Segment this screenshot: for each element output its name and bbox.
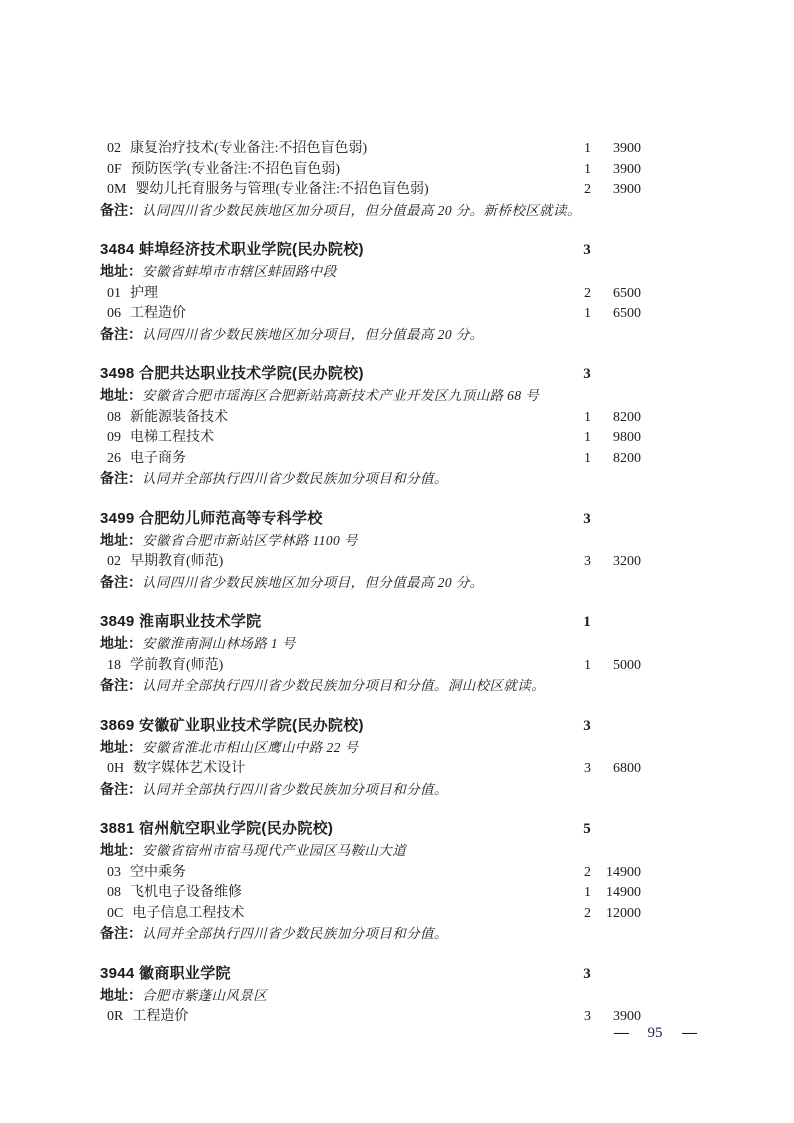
school-section: 3499 合肥幼儿师范高等专科学校 3 地址：安徽省合肥市新站区学林路 1100… — [100, 507, 641, 595]
address-label: 地址： — [100, 534, 142, 549]
major-code: 18 — [107, 656, 121, 677]
school-total-count: 3 — [567, 508, 591, 531]
major-row: 06工程造价 1 6500 — [100, 304, 641, 325]
major-name: 护理 — [130, 286, 158, 301]
major-code: 09 — [107, 428, 121, 449]
major-code: 26 — [107, 449, 121, 470]
remark-text: 认同四川省少数民族地区加分项目，但分值最高 20 分。 — [142, 575, 484, 590]
major-code: 08 — [107, 883, 121, 904]
major-main: 0H数字媒体艺术设计 — [100, 759, 567, 780]
major-code: 0H — [107, 759, 124, 780]
address-label: 地址： — [100, 844, 142, 859]
address-label: 地址： — [100, 265, 142, 280]
major-main: 0C电子信息工程技术 — [100, 904, 567, 925]
major-list: 02早期教育(师范) 3 3200 — [100, 552, 641, 573]
school-header: 3881 宿州航空职业学院(民办院校) 5 — [100, 817, 641, 841]
school-address: 地址：安徽省蚌埠市市辖区蚌固路中段 — [100, 262, 641, 284]
major-name: 学前教育(师范) — [130, 658, 223, 673]
remark-label: 备注： — [100, 679, 142, 694]
remark-label: 备注： — [100, 783, 142, 798]
major-code: 02 — [107, 139, 121, 160]
major-main: 18学前教育(师范) — [100, 656, 567, 677]
major-main: 0M婴幼儿托育服务与管理(专业备注:不招色盲色弱) — [100, 180, 567, 201]
address-text: 安徽省合肥市瑶海区合肥新站高新技术产业开发区九顶山路 68 号 — [142, 388, 539, 403]
document-page: 02康复治疗技术(专业备注:不招色盲色弱) 1 3900 0F预防医学(专业备注… — [0, 0, 794, 1123]
major-tuition-fee: 14900 — [591, 883, 641, 904]
major-plan-count: 1 — [567, 656, 591, 677]
major-code: 0C — [107, 904, 123, 925]
major-tuition-fee: 8200 — [591, 449, 641, 470]
address-text: 合肥市紫蓬山风景区 — [142, 988, 267, 1003]
school-title: 3944 徽商职业学院 — [100, 962, 567, 985]
major-name: 预防医学(专业备注:不招色盲色弱) — [131, 162, 340, 177]
major-plan-count: 3 — [567, 759, 591, 780]
major-name: 电梯工程技术 — [130, 430, 214, 445]
major-name: 电子信息工程技术 — [132, 906, 244, 921]
remark-label: 备注： — [100, 576, 142, 591]
major-code: 03 — [107, 863, 121, 884]
major-main: 26电子商务 — [100, 449, 567, 470]
major-tuition-fee: 6800 — [591, 759, 641, 780]
remark-text: 认同并全部执行四川省少数民族加分项目和分值。 — [142, 782, 448, 797]
major-tuition-fee: 3200 — [591, 552, 641, 573]
major-plan-count: 2 — [567, 284, 591, 305]
major-list: 03空中乘务 2 14900 08飞机电子设备维修 1 14900 0C电子信息… — [100, 863, 641, 925]
major-tuition-fee: 3900 — [591, 160, 641, 181]
major-tuition-fee: 3900 — [591, 180, 641, 201]
major-plan-count: 1 — [567, 428, 591, 449]
major-plan-count: 3 — [567, 552, 591, 573]
remark-label: 备注： — [100, 927, 142, 942]
major-name: 新能源装备技术 — [130, 410, 228, 425]
address-label: 地址： — [100, 989, 142, 1004]
address-label: 地址： — [100, 389, 142, 404]
address-text: 安徽省宿州市宿马现代产业园区马鞍山大道 — [142, 843, 406, 858]
major-name: 数字媒体艺术设计 — [133, 761, 245, 776]
major-code: 02 — [107, 552, 121, 573]
school-address: 地址：安徽省淮北市相山区鹰山中路 22 号 — [100, 738, 641, 760]
address-text: 安徽淮南洞山林场路 1 号 — [142, 636, 296, 651]
major-code: 0F — [107, 160, 122, 181]
school-remark: 备注：认同并全部执行四川省少数民族加分项目和分值。 — [100, 780, 641, 802]
major-row: 0F预防医学(专业备注:不招色盲色弱) 1 3900 — [100, 160, 641, 181]
major-name: 工程造价 — [130, 306, 186, 321]
major-code: 0M — [107, 180, 126, 201]
school-address: 地址：合肥市紫蓬山风景区 — [100, 986, 641, 1008]
school-header: 3499 合肥幼儿师范高等专科学校 3 — [100, 507, 641, 531]
school-title: 3499 合肥幼儿师范高等专科学校 — [100, 507, 567, 530]
major-row: 09电梯工程技术 1 9800 — [100, 428, 641, 449]
school-address: 地址：安徽省宿州市宿马现代产业园区马鞍山大道 — [100, 841, 641, 863]
school-total-count: 3 — [567, 363, 591, 386]
school-remark: 备注：认同四川省少数民族地区加分项目，但分值最高 20 分。新桥校区就读。 — [100, 201, 641, 223]
major-row: 26电子商务 1 8200 — [100, 449, 641, 470]
major-plan-count: 1 — [567, 139, 591, 160]
major-plan-count: 2 — [567, 904, 591, 925]
address-text: 安徽省淮北市相山区鹰山中路 22 号 — [142, 740, 358, 755]
school-remark: 备注：认同并全部执行四川省少数民族加分项目和分值。洞山校区就读。 — [100, 676, 641, 698]
major-plan-count: 2 — [567, 863, 591, 884]
major-row: 08新能源装备技术 1 8200 — [100, 408, 641, 429]
major-name: 电子商务 — [130, 451, 186, 466]
major-list: 0H数字媒体艺术设计 3 6800 — [100, 759, 641, 780]
school-header: 3944 徽商职业学院 3 — [100, 962, 641, 986]
school-section: 02康复治疗技术(专业备注:不招色盲色弱) 1 3900 0F预防医学(专业备注… — [100, 139, 641, 222]
major-tuition-fee: 3900 — [591, 139, 641, 160]
major-name: 空中乘务 — [130, 865, 186, 880]
school-section: 3849 淮南职业技术学院 1 地址：安徽淮南洞山林场路 1 号 18学前教育(… — [100, 610, 641, 698]
major-plan-count: 2 — [567, 180, 591, 201]
major-tuition-fee: 14900 — [591, 863, 641, 884]
major-row: 01护理 2 6500 — [100, 284, 641, 305]
major-list: 01护理 2 6500 06工程造价 1 6500 — [100, 284, 641, 325]
major-tuition-fee: 12000 — [591, 904, 641, 925]
school-section: 3881 宿州航空职业学院(民办院校) 5 地址：安徽省宿州市宿马现代产业园区马… — [100, 817, 641, 946]
major-row: 0H数字媒体艺术设计 3 6800 — [100, 759, 641, 780]
major-main: 06工程造价 — [100, 304, 567, 325]
major-main: 08新能源装备技术 — [100, 408, 567, 429]
major-main: 0R工程造价 — [100, 1007, 567, 1028]
school-address: 地址：安徽淮南洞山林场路 1 号 — [100, 634, 641, 656]
major-name: 康复治疗技术(专业备注:不招色盲色弱) — [130, 141, 367, 156]
remark-label: 备注： — [100, 472, 142, 487]
school-remark: 备注：认同四川省少数民族地区加分项目，但分值最高 20 分。 — [100, 573, 641, 595]
major-plan-count: 1 — [567, 449, 591, 470]
major-list: 08新能源装备技术 1 8200 09电梯工程技术 1 9800 26电子商务 … — [100, 408, 641, 470]
school-header: 3869 安徽矿业职业技术学院(民办院校) 3 — [100, 714, 641, 738]
remark-label: 备注： — [100, 328, 142, 343]
major-tuition-fee: 9800 — [591, 428, 641, 449]
major-row: 02康复治疗技术(专业备注:不招色盲色弱) 1 3900 — [100, 139, 641, 160]
major-main: 02早期教育(师范) — [100, 552, 567, 573]
school-address: 地址：安徽省合肥市新站区学林路 1100 号 — [100, 531, 641, 553]
remark-text: 认同并全部执行四川省少数民族加分项目和分值。 — [142, 926, 448, 941]
major-main: 03空中乘务 — [100, 863, 567, 884]
major-name: 婴幼儿托育服务与管理(专业备注:不招色盲色弱) — [135, 182, 428, 197]
address-text: 安徽省蚌埠市市辖区蚌固路中段 — [142, 264, 337, 279]
school-total-count: 1 — [567, 611, 591, 634]
major-row: 0C电子信息工程技术 2 12000 — [100, 904, 641, 925]
school-title: 3881 宿州航空职业学院(民办院校) — [100, 817, 567, 840]
page-number: 95 — [648, 1025, 663, 1042]
major-main: 02康复治疗技术(专业备注:不招色盲色弱) — [100, 139, 567, 160]
major-row: 0R工程造价 3 3900 — [100, 1007, 641, 1028]
page-footer: — 95 — — [614, 1025, 696, 1042]
admission-list: 02康复治疗技术(专业备注:不招色盲色弱) 1 3900 0F预防医学(专业备注… — [100, 139, 641, 1028]
school-address: 地址：安徽省合肥市瑶海区合肥新站高新技术产业开发区九顶山路 68 号 — [100, 386, 641, 408]
major-tuition-fee: 6500 — [591, 304, 641, 325]
footer-dash-right: — — [682, 1025, 696, 1042]
remark-text: 认同并全部执行四川省少数民族加分项目和分值。洞山校区就读。 — [142, 678, 545, 693]
major-tuition-fee: 6500 — [591, 284, 641, 305]
school-title: 3869 安徽矿业职业技术学院(民办院校) — [100, 714, 567, 737]
school-header: 3498 合肥共达职业技术学院(民办院校) 3 — [100, 362, 641, 386]
school-section: 3484 蚌埠经济技术职业学院(民办院校) 3 地址：安徽省蚌埠市市辖区蚌固路中… — [100, 238, 641, 346]
major-row: 0M婴幼儿托育服务与管理(专业备注:不招色盲色弱) 2 3900 — [100, 180, 641, 201]
major-main: 01护理 — [100, 284, 567, 305]
major-plan-count: 1 — [567, 408, 591, 429]
school-total-count: 5 — [567, 818, 591, 841]
school-header: 3484 蚌埠经济技术职业学院(民办院校) 3 — [100, 238, 641, 262]
school-total-count: 3 — [567, 963, 591, 986]
major-main: 09电梯工程技术 — [100, 428, 567, 449]
major-code: 0R — [107, 1007, 123, 1028]
major-code: 01 — [107, 284, 121, 305]
address-label: 地址： — [100, 741, 142, 756]
school-title: 3484 蚌埠经济技术职业学院(民办院校) — [100, 238, 567, 261]
major-plan-count: 1 — [567, 160, 591, 181]
major-main: 08飞机电子设备维修 — [100, 883, 567, 904]
major-name: 早期教育(师范) — [130, 554, 223, 569]
address-label: 地址： — [100, 637, 142, 652]
school-remark: 备注：认同并全部执行四川省少数民族加分项目和分值。 — [100, 469, 641, 491]
major-plan-count: 1 — [567, 304, 591, 325]
address-text: 安徽省合肥市新站区学林路 1100 号 — [142, 533, 358, 548]
major-row: 02早期教育(师范) 3 3200 — [100, 552, 641, 573]
school-total-count: 3 — [567, 239, 591, 262]
school-title: 3498 合肥共达职业技术学院(民办院校) — [100, 362, 567, 385]
major-row: 08飞机电子设备维修 1 14900 — [100, 883, 641, 904]
major-name: 飞机电子设备维修 — [130, 885, 242, 900]
school-remark: 备注：认同四川省少数民族地区加分项目，但分值最高 20 分。 — [100, 325, 641, 347]
remark-text: 认同四川省少数民族地区加分项目，但分值最高 20 分。新桥校区就读。 — [142, 203, 581, 218]
major-code: 06 — [107, 304, 121, 325]
school-section: 3869 安徽矿业职业技术学院(民办院校) 3 地址：安徽省淮北市相山区鹰山中路… — [100, 714, 641, 802]
major-tuition-fee: 5000 — [591, 656, 641, 677]
major-code: 08 — [107, 408, 121, 429]
major-list: 18学前教育(师范) 1 5000 — [100, 656, 641, 677]
major-tuition-fee: 8200 — [591, 408, 641, 429]
major-plan-count: 3 — [567, 1007, 591, 1028]
remark-text: 认同四川省少数民族地区加分项目，但分值最高 20 分。 — [142, 327, 484, 342]
major-list: 0R工程造价 3 3900 — [100, 1007, 641, 1028]
major-row: 18学前教育(师范) 1 5000 — [100, 656, 641, 677]
major-name: 工程造价 — [132, 1009, 188, 1024]
footer-dash-left: — — [614, 1025, 628, 1042]
school-total-count: 3 — [567, 715, 591, 738]
major-list: 02康复治疗技术(专业备注:不招色盲色弱) 1 3900 0F预防医学(专业备注… — [100, 139, 641, 201]
major-row: 03空中乘务 2 14900 — [100, 863, 641, 884]
major-main: 0F预防医学(专业备注:不招色盲色弱) — [100, 160, 567, 181]
major-plan-count: 1 — [567, 883, 591, 904]
school-remark: 备注：认同并全部执行四川省少数民族加分项目和分值。 — [100, 924, 641, 946]
school-section: 3944 徽商职业学院 3 地址：合肥市紫蓬山风景区 0R工程造价 3 3900 — [100, 962, 641, 1028]
school-header: 3849 淮南职业技术学院 1 — [100, 610, 641, 634]
school-section: 3498 合肥共达职业技术学院(民办院校) 3 地址：安徽省合肥市瑶海区合肥新站… — [100, 362, 641, 491]
remark-text: 认同并全部执行四川省少数民族加分项目和分值。 — [142, 471, 448, 486]
remark-label: 备注： — [100, 204, 142, 219]
school-title: 3849 淮南职业技术学院 — [100, 610, 567, 633]
